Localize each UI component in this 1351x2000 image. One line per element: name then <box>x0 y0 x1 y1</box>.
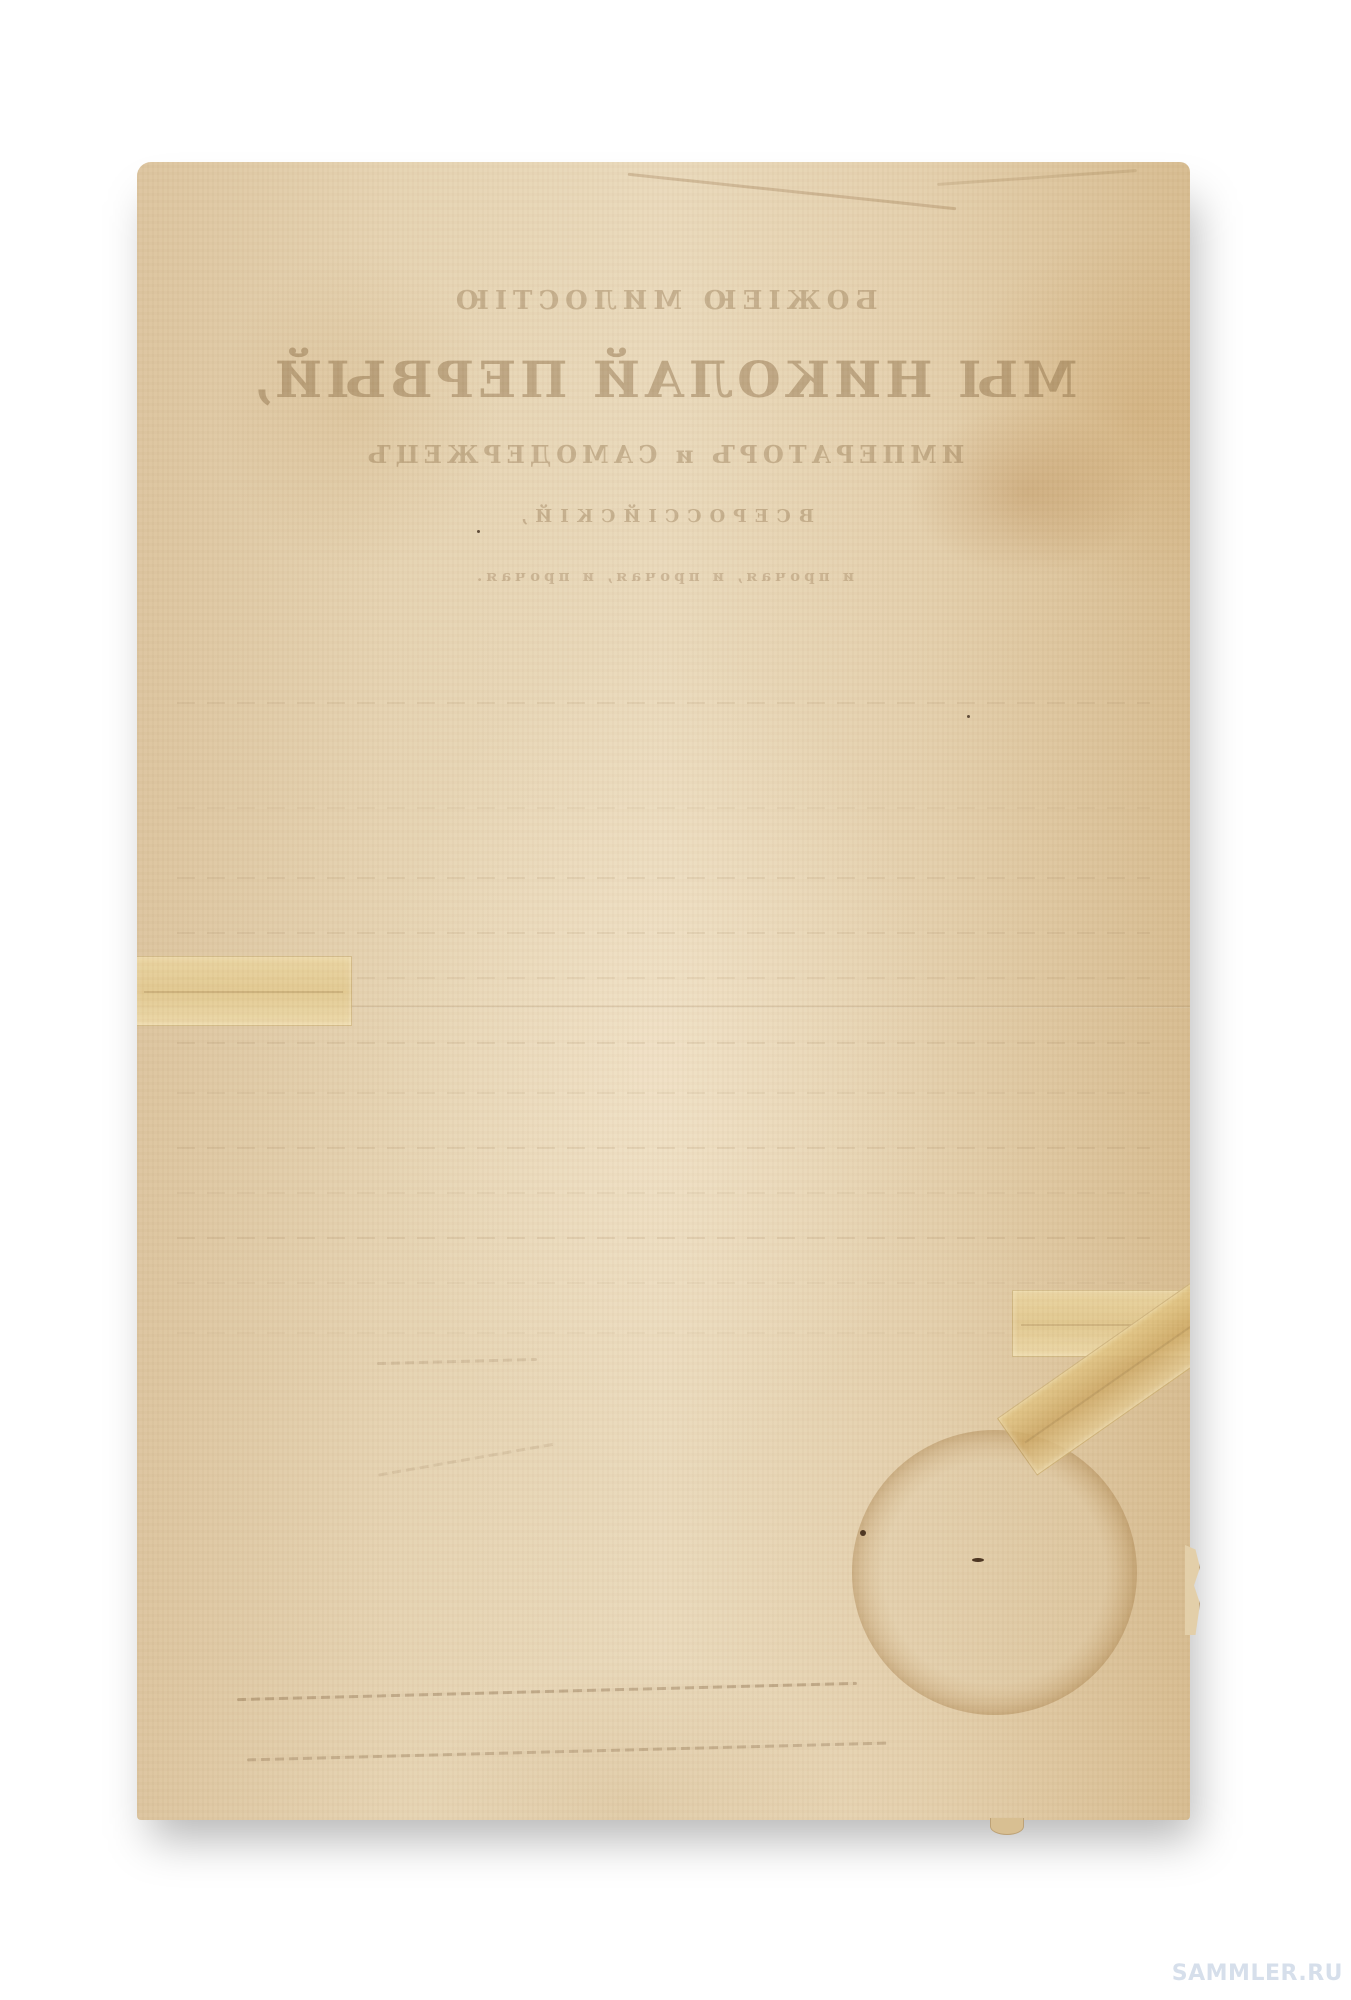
handwritten-line-2 <box>247 1742 887 1762</box>
torn-edge <box>1185 1545 1200 1635</box>
ink-spot <box>967 715 970 718</box>
handwritten-line-1 <box>237 1682 857 1701</box>
seal-spot <box>860 1530 866 1536</box>
heading-line-2: МЫ НИКОЛАЙ ПЕРВЫЙ, <box>137 350 1190 409</box>
top-pen-stroke-2 <box>937 169 1137 186</box>
ink-spot <box>477 530 480 533</box>
seal-spot <box>972 1558 984 1562</box>
handwritten-line-4 <box>378 1442 556 1476</box>
heading-line-1: БОЖІЕЮ МИЛОСТІЮ <box>137 286 1190 316</box>
heading-line-4: ВСЕРОССІЙСКІЙ, <box>137 506 1190 527</box>
top-pen-stroke <box>628 173 957 210</box>
bleed-through-body-text <box>177 682 1150 1382</box>
document-sheet: БОЖІЕЮ МИЛОСТІЮ МЫ НИКОЛАЙ ПЕРВЫЙ, ИМПЕР… <box>137 162 1190 1820</box>
paper-flap <box>990 1818 1024 1835</box>
heading-line-3: ИМПЕРАТОРЪ и САМОДЕРЖЕЦЪ <box>137 440 1190 469</box>
ink-spot <box>137 162 138 163</box>
heading-line-5: и прочая, и прочая, и прочая. <box>137 567 1190 585</box>
watermark: SAMMLER.RU <box>1172 1961 1343 1986</box>
wax-seal-impression <box>852 1430 1137 1715</box>
tape-left <box>137 956 352 1026</box>
